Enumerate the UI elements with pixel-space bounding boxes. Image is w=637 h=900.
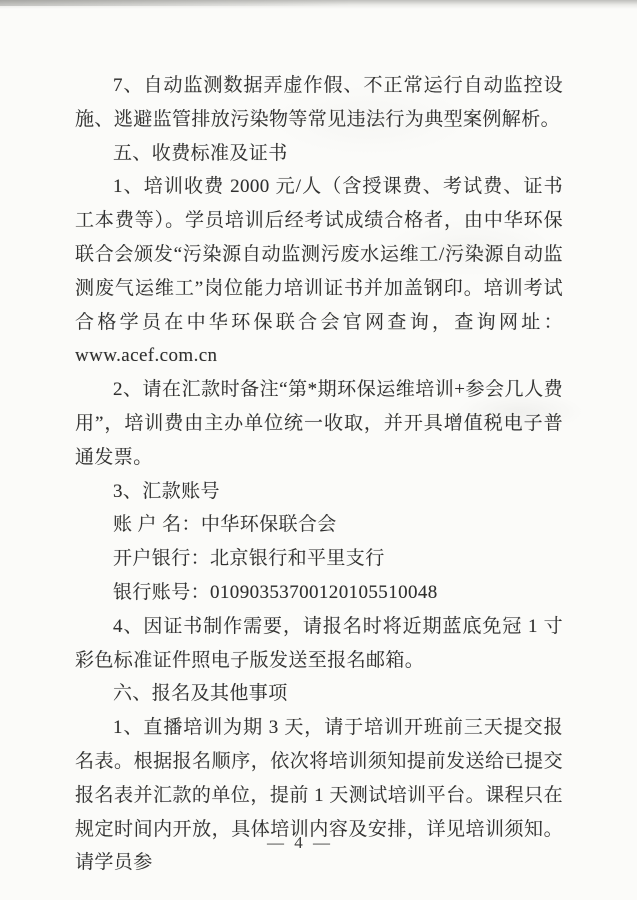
bank-account-number-line: 银行账号：01090353700120105510048 xyxy=(75,576,563,610)
bank-branch-line: 开户银行：北京银行和平里支行 xyxy=(75,542,563,576)
paragraph-remittance-note: 2、请在汇款时备注“第*期环保运维培训+参会几人费用”，培训费由主办单位统一收取… xyxy=(75,373,563,474)
paragraph-item7-case-examples: 7、自动监测数据弄虚作假、不正常运行自动监控设施、逃避监管排放污染物等常见违法行… xyxy=(75,69,563,137)
document-page: 7、自动监测数据弄虚作假、不正常运行自动监控设施、逃避监管排放污染物等常见违法行… xyxy=(0,0,637,900)
paragraph-remittance-account-heading: 3、汇款账号 xyxy=(75,475,563,509)
paragraph-registration-schedule: 1、直播培训为期 3 天，请于培训开班前三天提交报名表。根据报名顺序，依次将培训… xyxy=(75,711,563,880)
account-name-line: 账 户 名：中华环保联合会 xyxy=(75,508,563,542)
scan-artifact-top-edge xyxy=(0,0,637,9)
paragraph-training-fee: 1、培训收费 2000 元/人（含授课费、考试费、证书工本费等）。学员培训后经考… xyxy=(75,170,563,373)
section-heading-registration: 六、报名及其他事项 xyxy=(75,677,563,711)
page-number: — 4 — xyxy=(0,833,600,853)
page-body-text: 7、自动监测数据弄虚作假、不正常运行自动监控设施、逃避监管排放污染物等常见违法行… xyxy=(75,69,563,880)
section-heading-fees-certificate: 五、收费标准及证书 xyxy=(75,137,563,171)
paragraph-photo-requirement: 4、因证书制作需要，请报名时将近期蓝底免冠 1 寸彩色标准证件照电子版发送至报名… xyxy=(75,610,563,678)
